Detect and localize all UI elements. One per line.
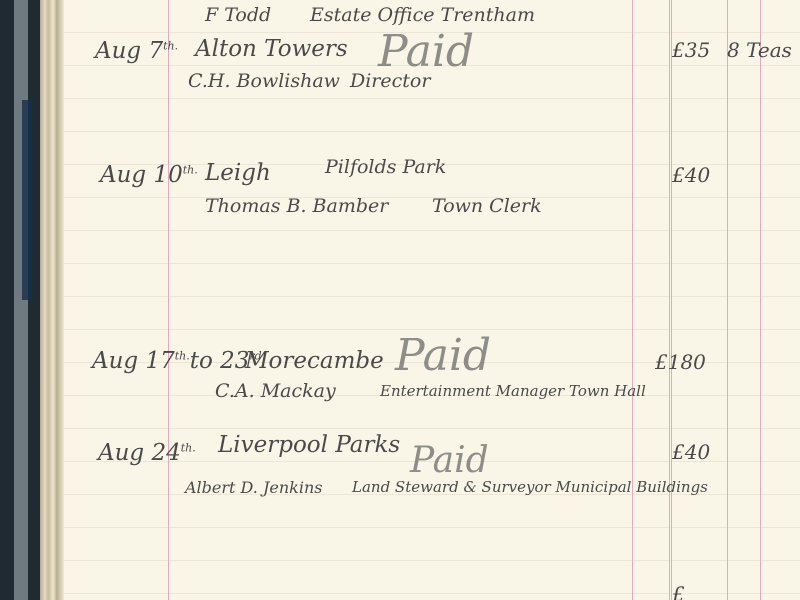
page-edges	[40, 0, 64, 600]
ruled-line	[64, 560, 800, 561]
paid-signature: Paid	[410, 440, 489, 481]
entry-contact-role: Entertainment Manager Town Hall	[380, 382, 646, 400]
entry-contact-role: Estate Office Trentham	[310, 4, 535, 26]
column-rule	[632, 0, 633, 600]
ledger-page	[64, 0, 800, 600]
margin-rule	[168, 0, 169, 600]
ruled-line	[64, 296, 800, 297]
entry-contact: F Todd	[205, 4, 271, 26]
entry-amount: £35	[672, 38, 710, 62]
ruled-line	[64, 131, 800, 132]
ruled-line	[64, 230, 800, 231]
entry-contact: Thomas B. Bamber	[205, 195, 388, 217]
entry-place: Alton Towers	[195, 36, 348, 62]
entry-date: Aug 7th.	[95, 38, 178, 64]
binding-shadow	[22, 100, 32, 300]
column-rule	[760, 0, 761, 600]
entry-contact: C.H. Bowlishaw	[188, 70, 340, 92]
ruled-line	[64, 98, 800, 99]
column-rule	[727, 0, 728, 600]
column-rule	[669, 0, 670, 600]
paid-signature: Paid	[395, 330, 491, 381]
entry-date: Aug 10th.	[100, 162, 198, 188]
entry-date: Aug 24th.	[98, 440, 196, 466]
entry-place: Leigh	[205, 160, 271, 186]
ruled-line	[64, 593, 800, 594]
ruled-line	[64, 527, 800, 528]
entry-place: Morecambe	[245, 348, 384, 374]
entry-amount: £40	[672, 440, 710, 464]
entry-contact: C.A. Mackay	[215, 380, 336, 402]
ruled-line	[64, 263, 800, 264]
entry-amount: £	[672, 582, 685, 600]
entry-amount: £180	[655, 350, 706, 374]
entry-amount: £40	[672, 163, 710, 187]
column-rule	[671, 0, 672, 600]
entry-contact: Albert D. Jenkins	[185, 478, 323, 497]
entry-note: 8 Teas	[727, 38, 792, 62]
ruled-line	[64, 428, 800, 429]
binding-band	[14, 0, 28, 600]
entry-contact-role: Land Steward & Surveyor Municipal Buildi…	[352, 478, 708, 496]
entry-contact-role: Town Clerk	[432, 195, 542, 217]
entry-date: Aug 17th.to 23rd	[92, 348, 262, 374]
entry-place-detail: Pilfolds Park	[325, 156, 446, 178]
entry-place: Liverpool Parks	[218, 432, 400, 458]
paid-signature: Paid	[378, 26, 474, 77]
